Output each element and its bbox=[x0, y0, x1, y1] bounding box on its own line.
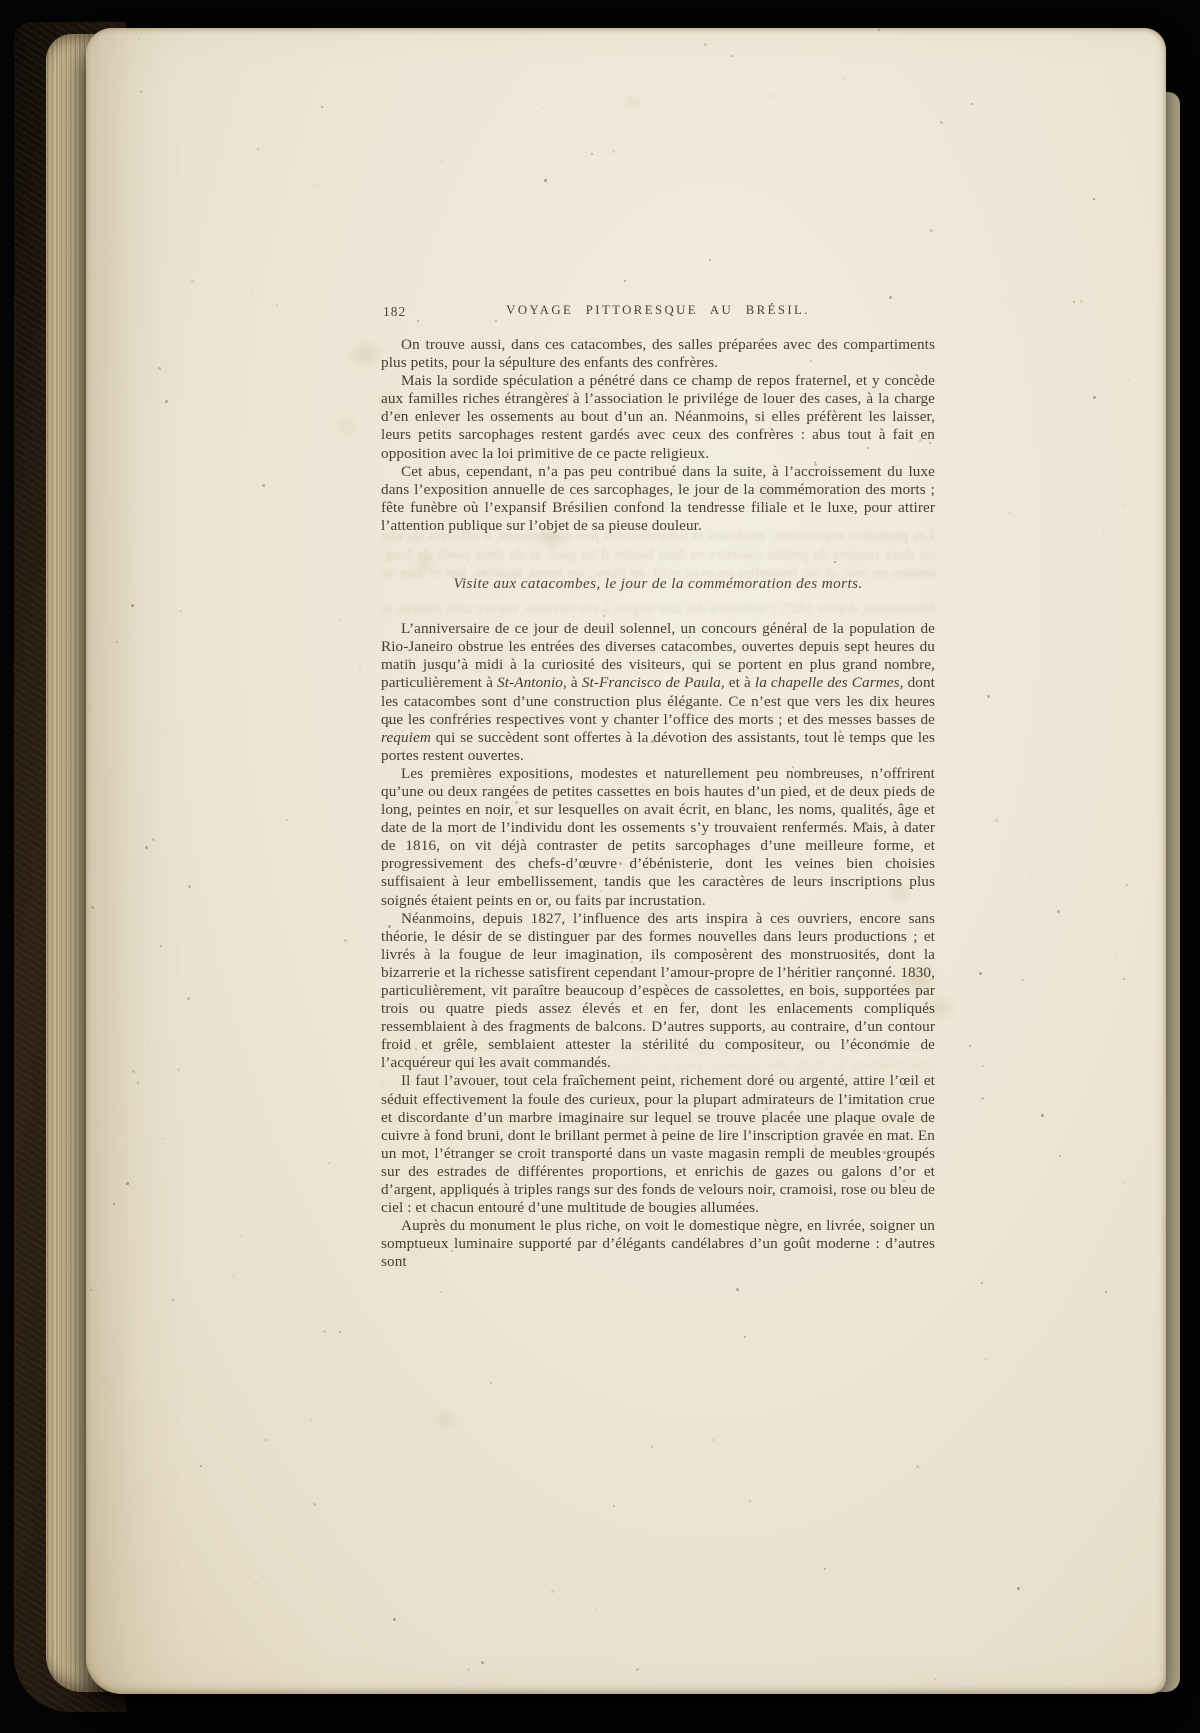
body-paragraph: Les premières expositions, modestes et n… bbox=[381, 765, 935, 910]
body-paragraph: Il faut l’avouer, tout cela fraîchement … bbox=[381, 1072, 935, 1217]
text-block: 182 VOYAGE PITTORESQUE AU BRÉSIL. On tro… bbox=[381, 301, 935, 1272]
book-photo: Les premières expositions, modestes et n… bbox=[0, 0, 1200, 1733]
body-paragraph: Auprès du monument le plus riche, on voi… bbox=[381, 1217, 935, 1271]
body-paragraph: On trouve aussi, dans ces catacombes, de… bbox=[381, 336, 935, 372]
body-paragraph: Mais la sordide spéculation a pénétré da… bbox=[381, 372, 935, 462]
book-page: Les premières expositions, modestes et n… bbox=[86, 28, 1166, 1694]
section-heading: Visite aux catacombes, le jour de la com… bbox=[387, 575, 929, 593]
body-paragraph: Cet abus, cependant, n’a pas peu contrib… bbox=[381, 463, 935, 535]
body-paragraph: L’anniversaire de ce jour de deuil solen… bbox=[381, 620, 935, 765]
body-paragraph: Néanmoins, depuis 1827, l’influence des … bbox=[381, 910, 935, 1073]
page-number: 182 bbox=[383, 303, 406, 321]
running-head: 182 VOYAGE PITTORESQUE AU BRÉSIL. bbox=[381, 301, 935, 321]
running-title: VOYAGE PITTORESQUE AU BRÉSIL. bbox=[381, 301, 935, 319]
